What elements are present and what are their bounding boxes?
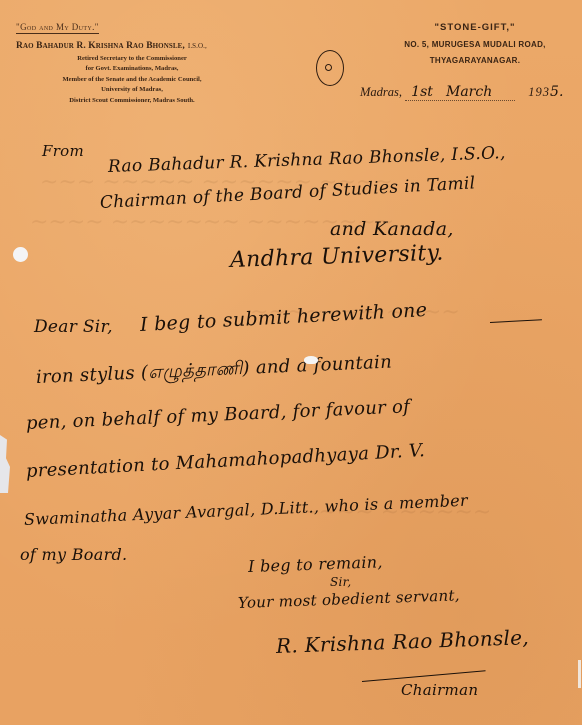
body-line-2: iron stylus (எழுத்தாணி) and a fountain	[35, 351, 392, 390]
circled-zero-mark	[325, 64, 332, 71]
line-fill-stroke	[490, 319, 542, 323]
house-name: "STONE-GIFT,"	[380, 22, 570, 33]
punch-hole	[13, 247, 28, 262]
credential-line: University of Madras,	[16, 85, 248, 95]
date-year-suffix: 5.	[550, 84, 563, 100]
letterhead-motto: "God and My Duty."	[16, 22, 99, 34]
address-line-2: THYAGARAYANAGAR.	[380, 56, 570, 65]
closing-line-1: I beg to remain,	[248, 552, 383, 576]
date-year-prefix: 193	[528, 85, 550, 99]
body-line-3: pen, on behalf of my Board, for favour o…	[26, 396, 411, 434]
letterhead-name-text: Rao Bahadur R. Krishna Rao Bhonsle,	[16, 41, 185, 51]
letterhead-name: Rao Bahadur R. Krishna Rao Bhonsle,I.S.O…	[16, 41, 248, 51]
salutation: Dear Sir,	[34, 317, 113, 337]
paper-tear	[0, 435, 10, 493]
from-line-4: Andhra University.	[230, 241, 444, 273]
date-line: Madras, 1st March 1935.	[360, 84, 563, 101]
from-label: From	[42, 142, 84, 160]
credential-line: District Scout Commissioner, Madras Sout…	[16, 96, 248, 106]
circled-annotation	[316, 50, 344, 86]
paper-hole	[304, 356, 318, 364]
designation: Chairman	[401, 681, 478, 699]
signature: R. Krishna Rao Bhonsle,	[276, 625, 530, 658]
body-line-6: of my Board.	[20, 545, 127, 564]
letterhead-address: "STONE-GIFT," NO. 5, MURUGESA MUDALI ROA…	[380, 22, 570, 65]
letter-paper: ~~~ ~~~~~ ~~~~~~ ~~~~ ~~~~ ~~~~~~~ ~~~~~…	[0, 0, 582, 725]
letterhead-credentials: Retired Secretary to the Commissioner fo…	[16, 54, 248, 106]
body-line-4: presentation to Mahamahopadhyaya Dr. V.	[25, 440, 425, 482]
closing-line-2: Sir,	[330, 575, 352, 589]
credential-line: for Govt. Examinations, Madras,	[16, 64, 248, 74]
date-day: 1st	[411, 84, 433, 100]
date-handwritten: 1st March	[405, 84, 515, 101]
from-line-3: and Kanada,	[330, 218, 454, 240]
paper-edge-mark	[578, 660, 581, 688]
credential-line: Member of the Senate and the Academic Co…	[16, 75, 248, 85]
letterhead-honours: I.S.O.,	[188, 42, 207, 50]
date-place: Madras,	[360, 85, 402, 99]
address-line-1: NO. 5, MURUGESA MUDALI ROAD,	[380, 40, 570, 49]
closing-line-3: Your most obedient servant,	[238, 586, 460, 612]
date-month: March	[446, 84, 492, 100]
credential-line: Retired Secretary to the Commissioner	[16, 54, 248, 64]
